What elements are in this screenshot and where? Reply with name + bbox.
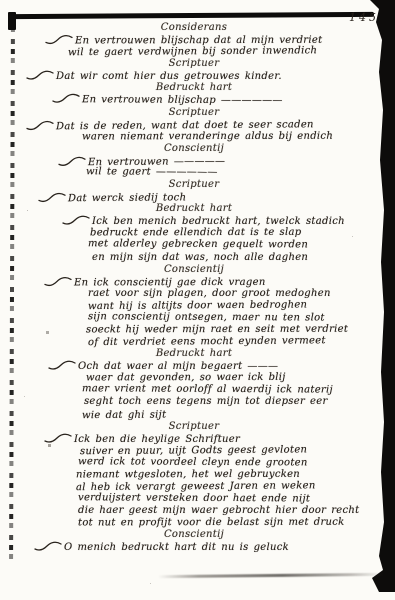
- manuscript-line: En ick conscientij gae dick vragen: [40, 275, 395, 288]
- manuscript-line-text: werd ick tot voordeel cleyn ende grooten: [78, 456, 308, 468]
- speaker-heading-text: Bedruckt hart: [156, 82, 232, 93]
- manuscript-line: Ick ben menich bedruckt hart, twelck sta…: [40, 215, 395, 227]
- speaker-heading: Conscientij: [26, 264, 362, 276]
- manuscript-line-text: verduijstert versteken door haet ende ni…: [78, 492, 310, 504]
- manuscript-line-text: sijn conscientij ontsegen, maer nu ten s…: [88, 311, 325, 323]
- flourish-swash-icon: [26, 70, 54, 80]
- flourish-swash-icon: [34, 541, 62, 551]
- manuscript-line-text: waer dat gevonden, so waer ick blij: [86, 372, 286, 384]
- manuscript-line-text: want hij is altijts door waen bedroghen: [88, 299, 307, 312]
- speaker-heading: Considerans: [26, 22, 362, 34]
- manuscript-line: seght toch eens tegens mijn tot diepser …: [40, 396, 395, 408]
- paper-specks: [0, 0, 1, 1]
- speaker-heading: Scriptuer: [26, 107, 362, 119]
- flourish-swash-icon: [48, 360, 76, 370]
- manuscript-line-text: al heb ick verargt geweest Jaren en weke…: [76, 480, 316, 493]
- manuscript-page: 145 ConsideransEn vertrouwen blijschap d…: [0, 0, 395, 600]
- manuscript-line: verduijstert versteken door haet ende ni…: [40, 492, 395, 506]
- speaker-heading-text: Conscientij: [164, 143, 224, 154]
- manuscript-line: En vertrouwen blijschap ——————: [40, 93, 395, 107]
- scan-bottom-smudge: [158, 573, 384, 578]
- flourish-swash-icon: [38, 192, 66, 202]
- speaker-heading-text: Conscientij: [164, 529, 224, 540]
- flourish-swash-icon: [52, 94, 80, 104]
- speaker-heading-text: Scriptuer: [169, 421, 220, 432]
- manuscript-line-text: bedruckt ende ellendich dat is te slap: [90, 227, 301, 239]
- manuscript-line: met alderley gebrecken gequelt worden: [40, 238, 395, 252]
- manuscript-line: raet voor sijn plagen, door groot medogh…: [40, 288, 395, 300]
- manuscript-line-text: die haer geest mijn waer gebrocht hier d…: [78, 505, 359, 516]
- scan-frame-left-edge: [9, 18, 15, 566]
- manuscript-line-text: Ick ben menich bedruckt hart, twelck sta…: [92, 216, 345, 227]
- flourish-swash-icon: [26, 120, 54, 130]
- manuscript-line: Ick ben die heylige Schriftuer: [40, 433, 395, 445]
- speaker-heading-text: Bedruckt hart: [156, 203, 232, 214]
- manuscript-line-text: Dat wir comt hier dus getrouwes kinder.: [56, 71, 282, 82]
- manuscript-line: Och dat waer al mijn begaert ———: [40, 360, 395, 372]
- manuscript-line-text: maer vrient met oorloff al waerdij ick n…: [82, 384, 333, 396]
- manuscript-line-text: tot nut en profijt voor die belast sijn …: [78, 517, 345, 529]
- manuscript-line-text: Ick ben die heylige Schriftuer: [74, 434, 240, 445]
- speaker-heading: Bedruckt hart: [26, 348, 362, 360]
- speaker-heading: Bedruckt hart: [26, 203, 362, 215]
- manuscript-line: die haer geest mijn waer gebrocht hier d…: [40, 505, 395, 517]
- manuscript-line-text: wie dat ghi sijt: [82, 409, 166, 421]
- manuscript-line-text: soeckt hij weder mijn raet en seit met v…: [86, 324, 348, 336]
- manuscript-line-text: seght toch eens tegens mijn tot diepser …: [84, 396, 328, 407]
- flourish-swash-icon: [45, 34, 73, 44]
- speaker-heading-text: Scriptuer: [169, 58, 220, 69]
- manuscript-line-text: wil te gaert ——————: [86, 166, 218, 178]
- manuscript-line-text: niemant wtgesloten, het wel gebruycken: [76, 469, 300, 481]
- flourish-swash-icon: [58, 156, 86, 166]
- manuscript-line-text: O menich bedruckt hart dit nu is geluck: [64, 542, 289, 553]
- speaker-heading-text: Considerans: [161, 22, 227, 33]
- manuscript-line-text: En vertrouwen blijschap ——————: [82, 95, 283, 107]
- manuscript-line: maer vrient met oorloff al waerdij ick n…: [40, 383, 395, 397]
- flourish-swash-icon: [44, 433, 72, 443]
- speaker-heading-text: Conscientij: [164, 264, 224, 275]
- manuscript-line-text: wil te gaert verdwijnen bij sonder inwen…: [68, 45, 317, 58]
- manuscript-line-text: En ick conscientij gae dick vragen: [74, 277, 266, 289]
- speaker-heading: Scriptuer: [26, 58, 362, 70]
- manuscript-line-text: waren niemant veranderinge aldus bij end…: [82, 130, 333, 142]
- manuscript-line: wil te gaert ——————: [40, 166, 395, 180]
- manuscript-lines: ConsideransEn vertrouwen blijschap dat a…: [40, 12, 376, 572]
- flourish-swash-icon: [62, 215, 90, 225]
- manuscript-line-text: en mijn sijn dat was, noch alle daghen: [92, 252, 308, 263]
- flourish-swash-icon: [44, 276, 72, 286]
- manuscript-line-text: of dit verdriet eens mocht eynden vermee…: [88, 335, 326, 348]
- speaker-heading-text: Scriptuer: [169, 107, 220, 118]
- speaker-heading: Scriptuer: [26, 421, 362, 433]
- manuscript-line-text: suiver en puur, uijt Godts geest gevlote…: [80, 444, 307, 457]
- speaker-heading: Conscientij: [26, 529, 362, 541]
- manuscript-line: Dat wir comt hier dus getrouwes kinder.: [40, 70, 392, 82]
- speaker-heading-text: Scriptuer: [169, 179, 220, 190]
- speaker-heading: Scriptuer: [26, 179, 362, 191]
- manuscript-line: en mijn sijn dat was, noch alle daghen: [40, 252, 395, 264]
- manuscript-line-text: raet voor sijn plagen, door groot medogh…: [88, 288, 331, 299]
- manuscript-line: tot nut en profijt voor die belast sijn …: [40, 517, 395, 530]
- speaker-heading: Conscientij: [26, 143, 362, 155]
- manuscript-line: waren niemant veranderinge aldus bij end…: [40, 130, 395, 143]
- manuscript-line: O menich bedruckt hart dit nu is geluck: [40, 541, 395, 553]
- manuscript-line-text: met alderley gebrecken gequelt worden: [88, 239, 308, 251]
- speaker-heading-text: Bedruckt hart: [156, 348, 232, 359]
- manuscript-line-text: Och dat waer al mijn begaert ———: [78, 361, 278, 372]
